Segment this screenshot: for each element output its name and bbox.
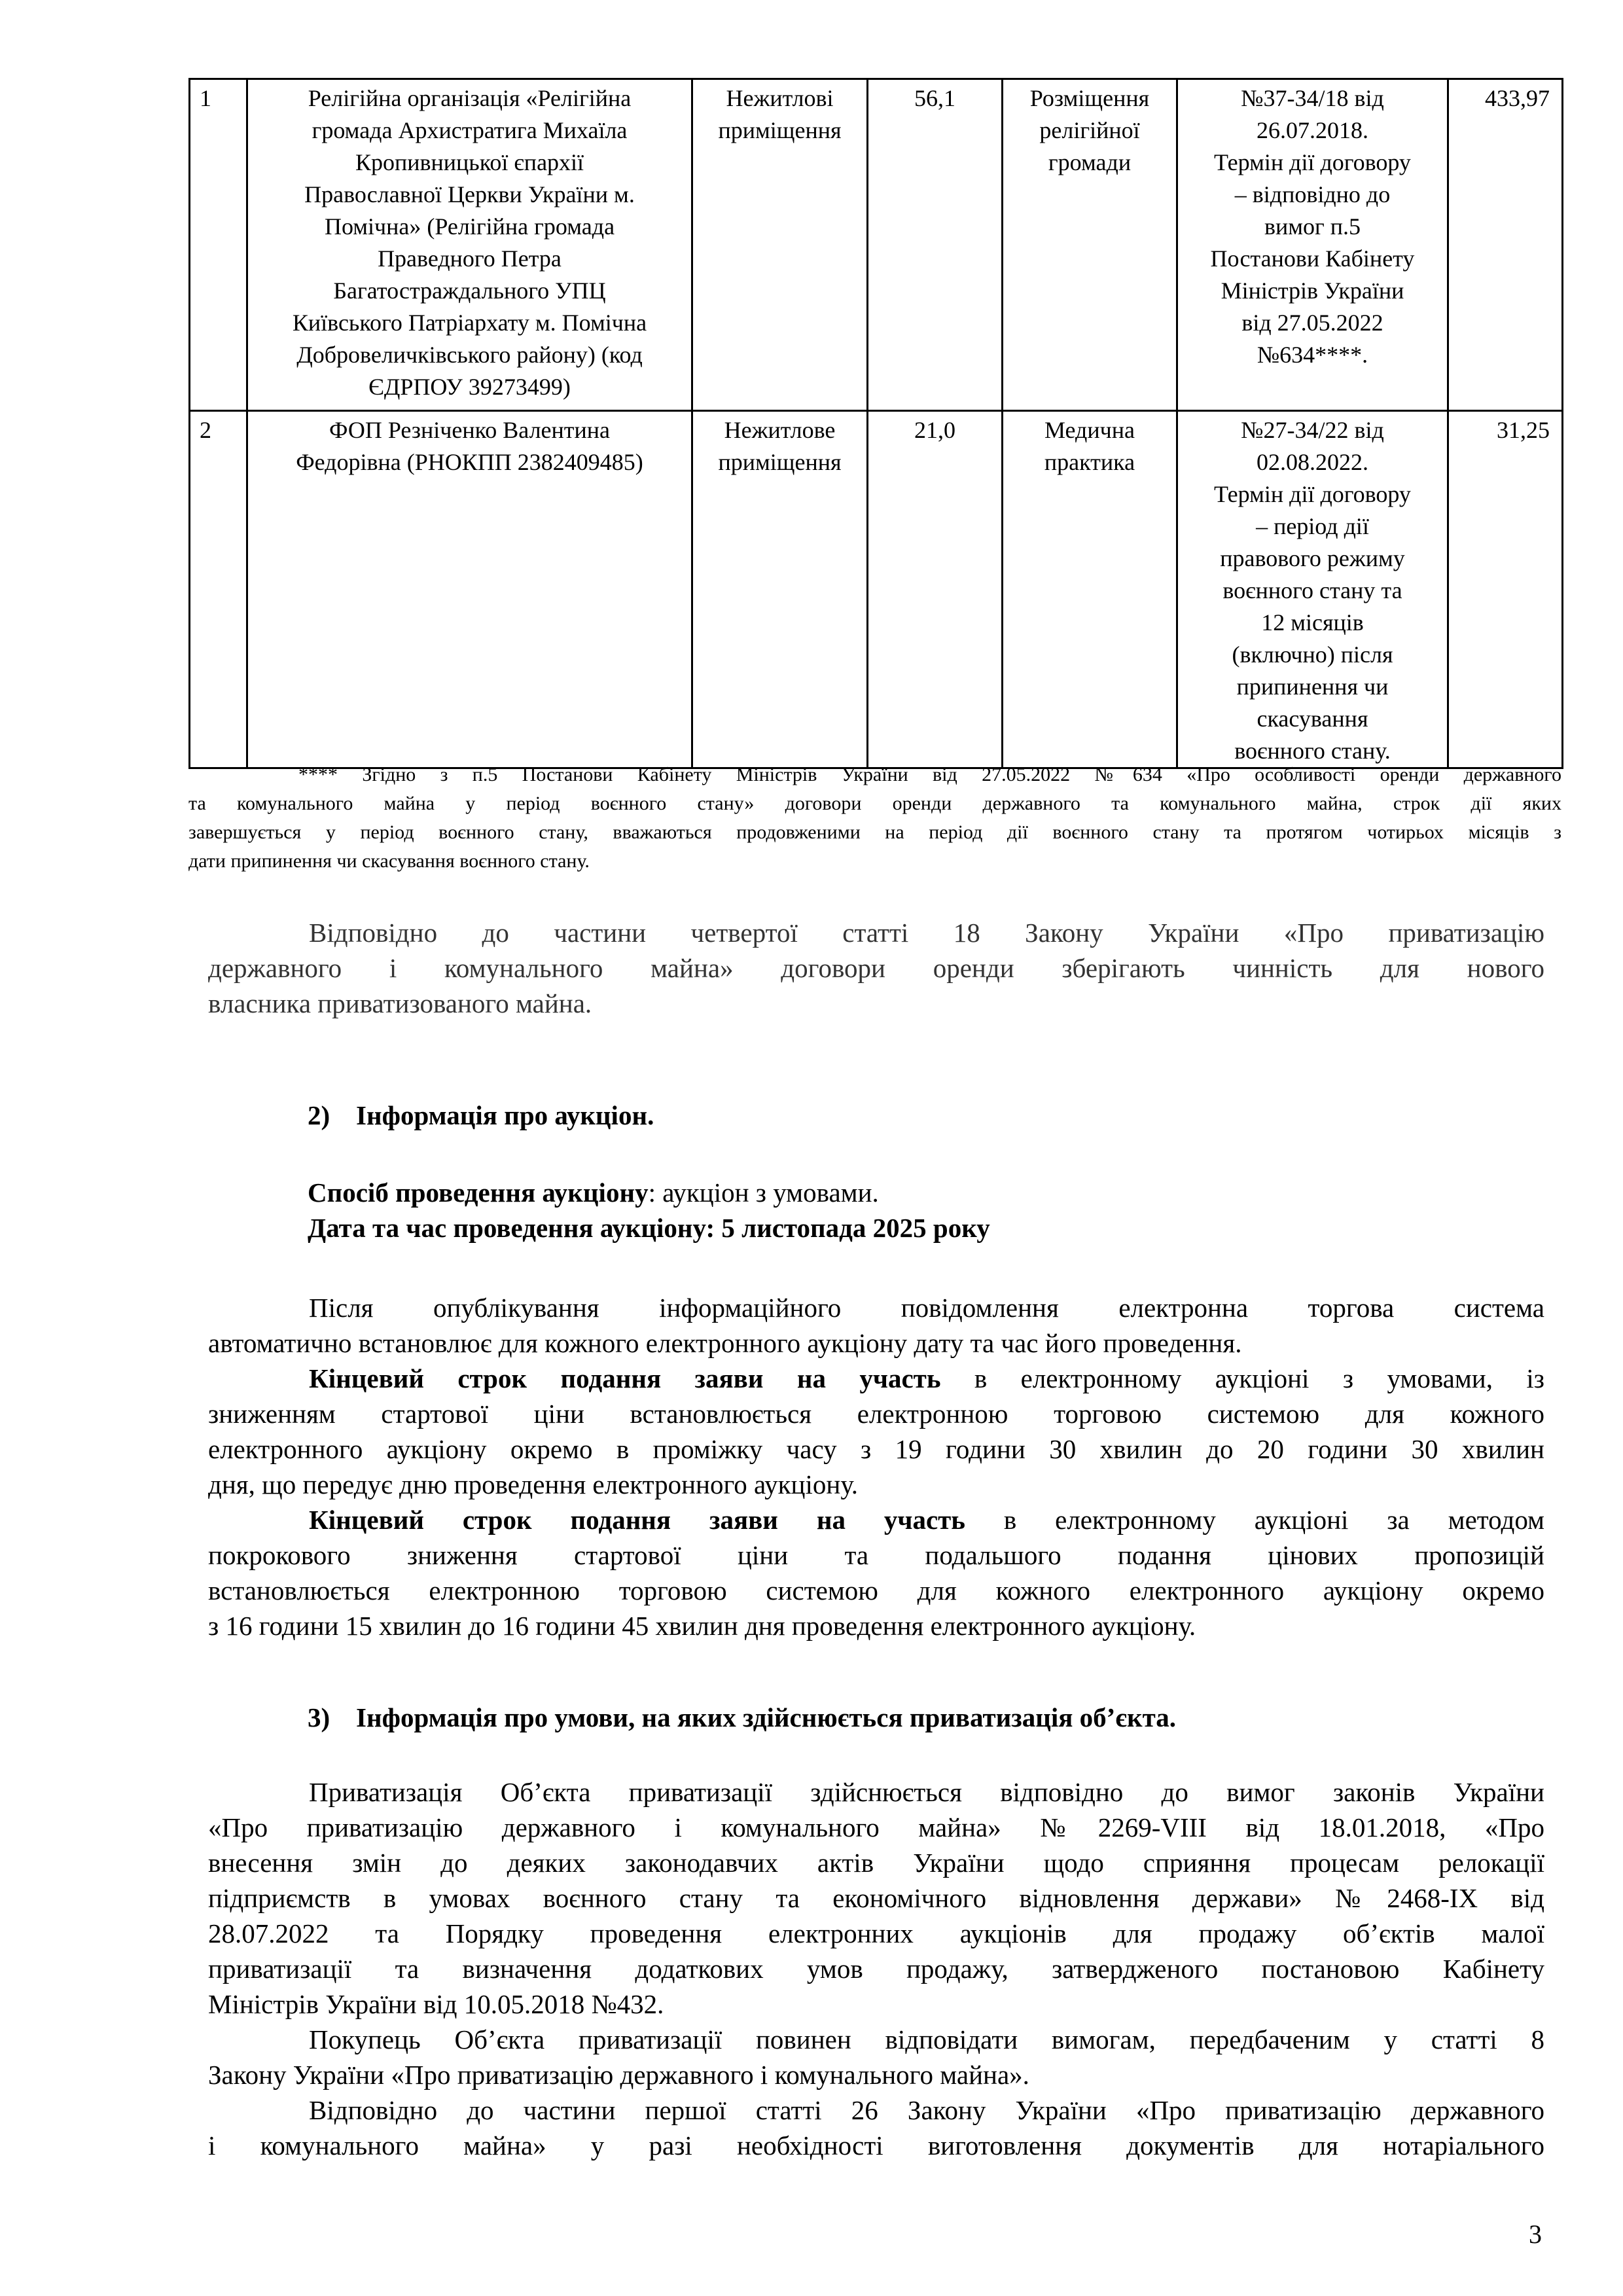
auction-paragraphs: Після опублікування інформаційного повід… <box>208 1290 1544 1643</box>
cell-line: приміщення <box>698 115 861 147</box>
text-line: Кінцевий строк подання заяви на участь в… <box>208 1502 1544 1537</box>
text-line: покрокового зниження стартової ціни та п… <box>208 1537 1544 1573</box>
cell-line: воєнного стану та <box>1183 575 1442 607</box>
text-line: Закону України «Про приватизацію державн… <box>208 2057 1544 2092</box>
text-line: власника приватизованого майна. <box>208 986 1544 1021</box>
section-number: 3) <box>308 1700 356 1735</box>
text-line: приватизації та визначення додаткових ум… <box>208 1951 1544 1986</box>
bold-term: Кінцевий строк подання заяви на участь <box>309 1363 941 1393</box>
auction-date-text: Дата та час проведення аукціону: 5 листо… <box>308 1213 990 1243</box>
cell-line: Багатостраждального УПЦ <box>253 275 686 307</box>
cell-line: (включно) після <box>1183 639 1442 671</box>
cell-line: ЄДРПОУ 39273499) <box>253 371 686 403</box>
cell-line: Міністрів України <box>1183 275 1442 307</box>
cell-line: практика <box>1008 446 1171 478</box>
table-row: 2 ФОП Резніченко ВалентинаФедорівна (РНО… <box>190 411 1563 768</box>
page-number: 3 <box>1529 2219 1542 2250</box>
cell-line: 02.08.2022. <box>1183 446 1442 478</box>
text-line: Після опублікування інформаційного повід… <box>208 1290 1544 1325</box>
area-cell: 56,1 <box>868 79 1003 411</box>
cell-line: – період дії <box>1183 511 1442 543</box>
cell-line: Нежитлове <box>698 414 861 446</box>
cell-line: Релігійна організація «Релігійна <box>253 82 686 115</box>
privatization-paragraphs: Приватизація Об’єкта приватизації здійсн… <box>208 1774 1544 2163</box>
text-line: електронного аукціону окремо в проміжку … <box>208 1431 1544 1467</box>
text-line: автоматично встановлює для кожного елект… <box>208 1325 1544 1361</box>
cell-line: №37-34/18 від <box>1183 82 1442 115</box>
footnote: **** Згідно з п.5 Постанови Кабінету Мін… <box>188 761 1561 876</box>
text-line: підприємств в умовах воєнного стану та е… <box>208 1880 1544 1916</box>
text-line: з 16 години 15 хвилин до 16 години 45 хв… <box>208 1608 1544 1643</box>
text-fragment: в електронному аукціоні за методом <box>965 1505 1544 1535</box>
text-line: внесення змін до деяких законодавчих акт… <box>208 1845 1544 1880</box>
cell-line: ФОП Резніченко Валентина <box>253 414 686 446</box>
text-line: зниженням стартової ціни встановлюється … <box>208 1396 1544 1431</box>
cell-line: Помічна» (Релігійна громада <box>253 211 686 243</box>
document-page: 1 Релігійна організація «Релігійнагромад… <box>0 0 1623 2296</box>
cell-line: 26.07.2018. <box>1183 115 1442 147</box>
section-3-heading: 3)Інформація про умови, на яких здійснює… <box>308 1700 1176 1735</box>
cell-line: припинення чи <box>1183 671 1442 703</box>
text-fragment: в електронному аукціоні з умовами, із <box>941 1363 1545 1393</box>
cell-line: №27-34/22 від <box>1183 414 1442 446</box>
cell-line: вимог п.5 <box>1183 211 1442 243</box>
text-line: Міністрів України від 10.05.2018 №432. <box>208 1986 1544 2022</box>
cell-line: приміщення <box>698 446 861 478</box>
text-line: встановлюється електронною торговою сист… <box>208 1573 1544 1608</box>
text-line: Відповідно до частини четвертої статті 1… <box>208 915 1544 950</box>
footnote-line: завершується у період воєнного стану, вв… <box>188 818 1561 847</box>
cell-line: Постанови Кабінету <box>1183 243 1442 275</box>
cell-line: Православної Церкви України м. <box>253 179 686 211</box>
text-line: дня, що передує дню проведення електронн… <box>208 1467 1544 1502</box>
cell-line: скасування <box>1183 703 1442 735</box>
cell-line: громади <box>1008 147 1171 179</box>
tenant-cell: ФОП Резніченко ВалентинаФедорівна (РНОКП… <box>247 411 692 768</box>
table-row: 1 Релігійна організація «Релігійнагромад… <box>190 79 1563 411</box>
cell-line: №634****. <box>1183 339 1442 371</box>
footnote-line: та комунального майна у період воєнного … <box>188 789 1561 818</box>
purpose-cell: Медичнапрактика <box>1003 411 1177 768</box>
cell-line: громада Архистратига Михаїла <box>253 115 686 147</box>
row-number: 2 <box>190 411 247 768</box>
cell-line: 12 місяців <box>1183 607 1442 639</box>
auction-details: Спосіб проведення аукціону: аукціон з ум… <box>308 1175 1551 1246</box>
auction-date: Дата та час проведення аукціону: 5 листо… <box>308 1210 1551 1246</box>
cell-line: Праведного Петра <box>253 243 686 275</box>
cell-line: – відповідно до <box>1183 179 1442 211</box>
contract-cell: №27-34/22 від02.08.2022.Термін дії догов… <box>1177 411 1448 768</box>
text-line: Відповідно до частини першої статті 26 З… <box>208 2092 1544 2128</box>
text-line: Приватизація Об’єкта приватизації здійсн… <box>208 1774 1544 1810</box>
auction-method-value: : аукціон з умовами. <box>649 1177 879 1208</box>
cell-line: Термін дії договору <box>1183 147 1442 179</box>
area-cell: 21,0 <box>868 411 1003 768</box>
auction-method-label: Спосіб проведення аукціону <box>308 1177 649 1208</box>
cell-line: Нежитлові <box>698 82 861 115</box>
bold-term: Кінцевий строк подання заяви на участь <box>309 1505 965 1535</box>
footnote-line: дати припинення чи скасування воєнного с… <box>188 847 1561 876</box>
section-2-heading: 2)Інформація про аукціон. <box>308 1098 654 1133</box>
text-line: Покупець Об’єкта приватизації повинен ві… <box>208 2022 1544 2057</box>
property-type-cell: Нежитловеприміщення <box>692 411 868 768</box>
cell-line: Медична <box>1008 414 1171 446</box>
contract-cell: №37-34/18 від26.07.2018.Термін дії догов… <box>1177 79 1448 411</box>
rent-cell: 31,25 <box>1448 411 1563 768</box>
rent-cell: 433,97 <box>1448 79 1563 411</box>
lease-paragraph: Відповідно до частини четвертої статті 1… <box>208 915 1544 1021</box>
row-number: 1 <box>190 79 247 411</box>
text-line: і комунального майна» у разі необхідност… <box>208 2128 1544 2163</box>
footnote-line: **** Згідно з п.5 Постанови Кабінету Мін… <box>188 761 1561 789</box>
cell-line: Київського Патріархату м. Помічна <box>253 307 686 339</box>
text-line: державного і комунального майна» договор… <box>208 950 1544 986</box>
text-line: Кінцевий строк подання заяви на участь в… <box>208 1361 1544 1396</box>
cell-line: Кропивницької єпархії <box>253 147 686 179</box>
section-number: 2) <box>308 1098 356 1133</box>
text-line: 28.07.2022 та Порядку проведення електро… <box>208 1916 1544 1951</box>
cell-line: правового режиму <box>1183 543 1442 575</box>
tenant-cell: Релігійна організація «Релігійнагромада … <box>247 79 692 411</box>
text-line: «Про приватизацію державного і комунальн… <box>208 1810 1544 1845</box>
property-type-cell: Нежитловіприміщення <box>692 79 868 411</box>
cell-line: Добровеличківського району) (код <box>253 339 686 371</box>
cell-line: Розміщення <box>1008 82 1171 115</box>
section-title: Інформація про аукціон. <box>356 1100 654 1130</box>
cell-line: Термін дії договору <box>1183 478 1442 511</box>
section-title: Інформація про умови, на яких здійснюєть… <box>356 1702 1176 1732</box>
cell-line: від 27.05.2022 <box>1183 307 1442 339</box>
purpose-cell: Розміщеннярелігійноїгромади <box>1003 79 1177 411</box>
auction-method: Спосіб проведення аукціону: аукціон з ум… <box>308 1175 1551 1210</box>
lease-table: 1 Релігійна організація «Релігійнагромад… <box>188 78 1563 769</box>
cell-line: Федорівна (РНОКПП 2382409485) <box>253 446 686 478</box>
cell-line: релігійної <box>1008 115 1171 147</box>
